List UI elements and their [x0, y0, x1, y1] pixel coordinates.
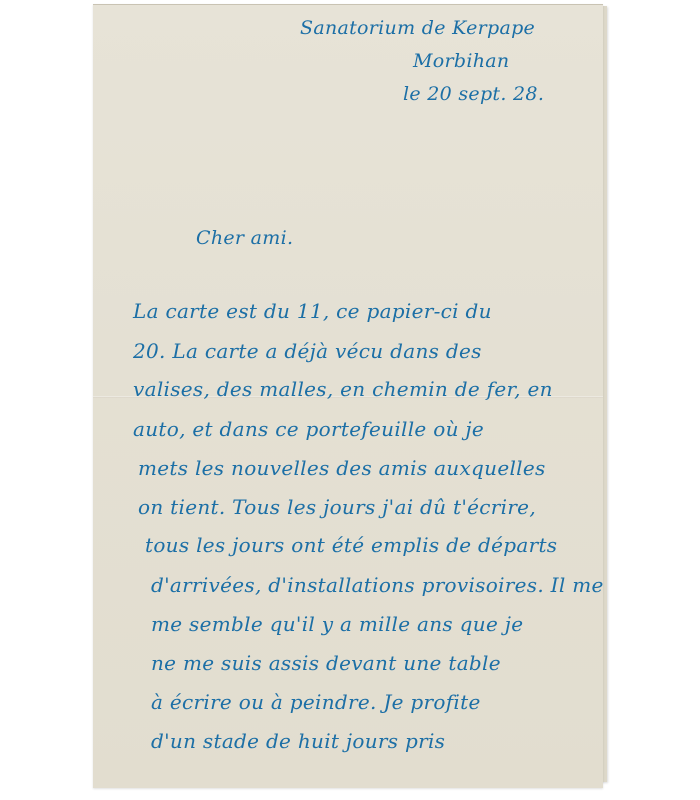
header-region: Morbihan: [413, 50, 509, 72]
body-line-4: auto, et dans ce portefeuille où je: [133, 417, 484, 441]
body-line-6: on tient. Tous les jours j'ai dû t'écrir…: [138, 495, 536, 519]
body-line-1: La carte est du 11, ce papier-ci du: [133, 299, 492, 323]
body-line-9: me semble qu'il y a mille ans que je: [151, 612, 523, 636]
body-line-11: à écrire ou à peindre. Je profite: [151, 690, 481, 714]
header-date: le 20 sept. 28.: [403, 83, 544, 105]
letter-page: Sanatorium de Kerpape Morbihan le 20 sep…: [93, 4, 603, 788]
body-line-2: 20. La carte a déjà vécu dans des: [133, 339, 482, 363]
header-place: Sanatorium de Kerpape: [300, 17, 535, 39]
body-line-7: tous les jours ont été emplis de départs: [145, 533, 557, 557]
greeting: Cher ami.: [196, 227, 293, 249]
body-line-8: d'arrivées, d'installations provisoires.…: [151, 573, 604, 597]
body-line-3: valises, des malles, en chemin de fer, e…: [133, 377, 553, 401]
body-line-5: mets les nouvelles des amis auxquelles: [138, 456, 546, 480]
body-line-12: d'un stade de huit jours pris: [151, 729, 445, 753]
body-line-10: ne me suis assis devant une table: [151, 651, 501, 675]
